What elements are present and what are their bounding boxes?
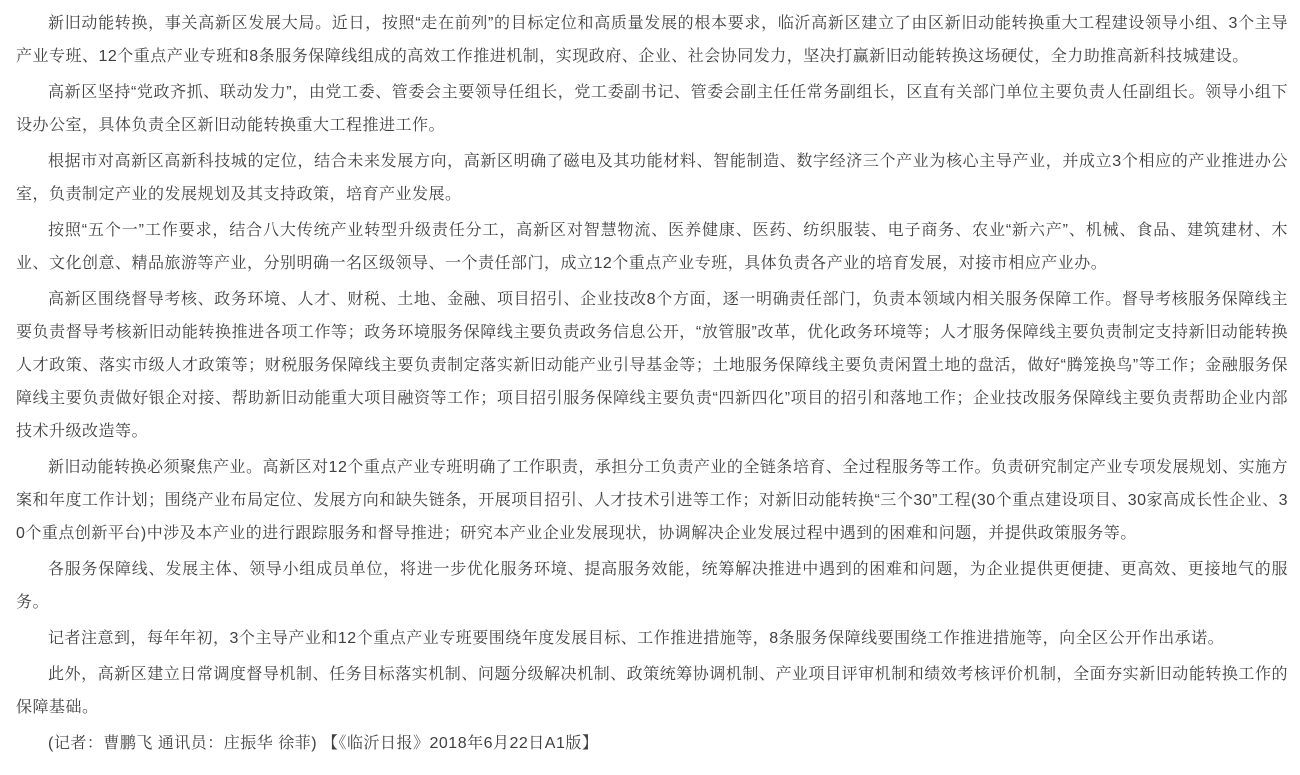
article-paragraph: 高新区坚持“党政齐抓、联动发力”，由党工委、管委会主要领导任组长，党工委副书记、… [16,76,1288,142]
article-byline: (记者：曹鹏飞 通讯员：庄振华 徐菲) 【《临沂日报》2018年6月22日A1版… [16,727,1288,760]
article-paragraph: 根据市对高新区高新科技城的定位，结合未来发展方向，高新区明确了磁电及其功能材料、… [16,145,1288,211]
article-paragraph: 各服务保障线、发展主体、领导小组成员单位，将进一步优化服务环境、提高服务效能，统… [16,553,1288,619]
article-paragraph: 记者注意到，每年年初，3个主导产业和12个重点产业专班要围绕年度发展目标、工作推… [16,622,1288,655]
article-body: 新旧动能转换，事关高新区发展大局。近日，按照“走在前列”的目标定位和高质量发展的… [0,0,1300,775]
article-paragraph: 按照“五个一”工作要求，结合八大传统产业转型升级责任分工，高新区对智慧物流、医养… [16,214,1288,280]
article-paragraph: 新旧动能转换必须聚焦产业。高新区对12个重点产业专班明确了工作职责，承担分工负责… [16,451,1288,550]
article-paragraph: 高新区围绕督导考核、政务环境、人才、财税、土地、金融、项目招引、企业技改8个方面… [16,283,1288,448]
article-paragraph: 新旧动能转换，事关高新区发展大局。近日，按照“走在前列”的目标定位和高质量发展的… [16,7,1288,73]
article-paragraph: 此外，高新区建立日常调度督导机制、任务目标落实机制、问题分级解决机制、政策统筹协… [16,658,1288,724]
